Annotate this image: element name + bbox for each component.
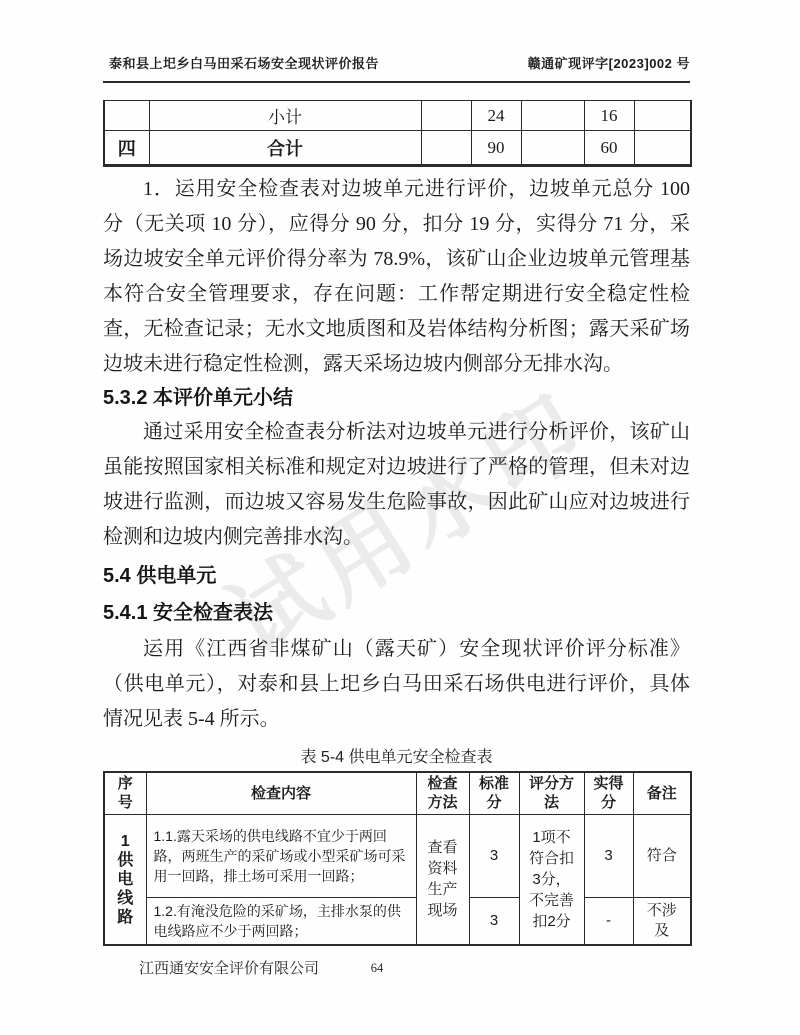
cell-subtotal-blank3 — [634, 101, 691, 131]
header-doc-number: 赣通矿现评字[2023]002 号 — [528, 53, 690, 72]
cell-subtotal-actual: 16 — [584, 101, 634, 131]
col-header-method: 检查方法 — [416, 772, 469, 814]
cell-total-actual: 60 — [584, 131, 634, 166]
cell-subtotal-blank2 — [521, 101, 584, 131]
paragraph-power-intro: 运用《江西省非煤矿山（露天矿）安全现状评价评分标准》（供电单元），对泰和县上圯乡… — [103, 632, 690, 737]
page-number: 64 — [360, 961, 394, 976]
cell-total-index: 四 — [104, 131, 149, 166]
table-row-subtotal: 小计 24 16 — [104, 101, 691, 131]
paragraph-unit-summary: 通过采用安全检查表分析法对边坡单元进行分析评价，该矿山虽能按照国家相关标准和规定… — [103, 415, 690, 555]
cell-subtotal-standard: 24 — [471, 101, 521, 131]
table-row-1-1: 1供电线路 1.1.露天采场的供电线路不宜少于两回路，两班生产的采矿场或小型采矿… — [104, 814, 691, 897]
cell-subtotal-label: 小计 — [149, 101, 421, 131]
cell-standard-1-2: 3 — [469, 897, 519, 945]
cell-total-label: 合计 — [149, 131, 421, 166]
cell-scoring-method: 1项不符合扣3分，不完善扣2分 — [519, 814, 584, 945]
table-row-1-2: 1.2.有淹没危险的采矿场，主排水泵的供电线路应不少于两回路； 3 - 不涉及 — [104, 897, 691, 945]
power-unit-check-table: 序号 检查内容 检查方法 标准分 评分方法 实得分 备注 1供电线路 1.1.露… — [103, 771, 692, 946]
col-header-index: 序号 — [104, 772, 146, 814]
footer-company-name: 江西通安安全评价有限公司 — [139, 957, 319, 978]
cell-content-1-1: 1.1.露天采场的供电线路不宜少于两回路，两班生产的采矿场或小型采矿场可采用一回… — [146, 814, 416, 897]
cell-group-power-lines: 1供电线路 — [104, 814, 146, 945]
cell-subtotal-blank1 — [421, 101, 471, 131]
cell-standard-1-1: 3 — [469, 814, 519, 897]
cell-remark-1-1: 符合 — [633, 814, 691, 897]
heading-5-3-2: 5.3.2 本评价单元小结 — [103, 386, 690, 410]
cell-content-1-2: 1.2.有淹没危险的采矿场，主排水泵的供电线路应不少于两回路； — [146, 897, 416, 945]
table-header-row: 序号 检查内容 检查方法 标准分 评分方法 实得分 备注 — [104, 772, 691, 814]
cell-total-blank3 — [634, 131, 691, 166]
table-5-4-caption: 表 5-4 供电单元安全检查表 — [103, 748, 690, 768]
page-footer: 江西通安安全评价有限公司 64 — [0, 957, 800, 987]
heading-5-4-1: 5.4.1 安全检查表法 — [103, 601, 690, 625]
cell-total-blank2 — [521, 131, 584, 166]
table-row-total: 四 合计 90 60 — [104, 131, 691, 166]
col-header-content: 检查内容 — [146, 772, 416, 814]
cell-actual-1-1: 3 — [584, 814, 633, 897]
cell-subtotal-index — [104, 101, 149, 131]
col-header-actual-score: 实得分 — [584, 772, 633, 814]
header-report-title: 泰和县上圯乡白马田采石场安全现状评价报告 — [103, 53, 379, 72]
col-header-remark: 备注 — [633, 772, 691, 814]
document-page: 泰和县上圯乡白马田采石场安全现状评价报告 赣通矿现评字[2023]002 号 小… — [0, 0, 800, 1035]
heading-5-4: 5.4 供电单元 — [103, 564, 690, 588]
cell-check-method: 查看资料生产现场 — [416, 814, 469, 945]
paragraph-slope-evaluation: 1．运用安全检查表对边坡单元进行评价，边坡单元总分 100 分（无关项 10 分… — [103, 172, 690, 382]
col-header-standard-score: 标准分 — [469, 772, 519, 814]
col-header-scoring-method: 评分方法 — [519, 772, 584, 814]
page-header: 泰和县上圯乡白马田采石场安全现状评价报告 赣通矿现评字[2023]002 号 — [103, 0, 690, 83]
slope-score-summary-table: 小计 24 16 四 合计 90 60 — [103, 100, 692, 167]
cell-remark-1-2: 不涉及 — [633, 897, 691, 945]
cell-total-blank1 — [421, 131, 471, 166]
cell-actual-1-2: - — [584, 897, 633, 945]
cell-total-standard: 90 — [471, 131, 521, 166]
